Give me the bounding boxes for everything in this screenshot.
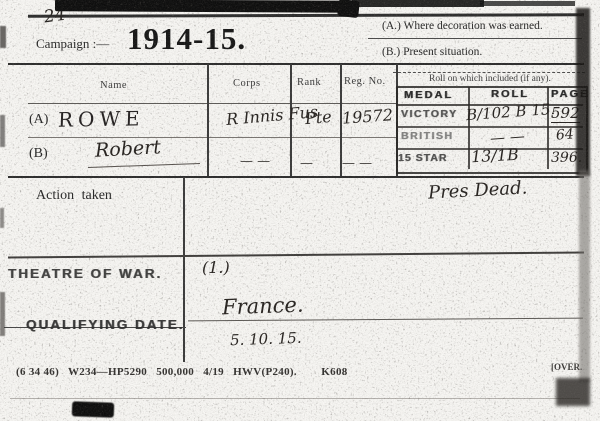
column-header-name: Name	[100, 80, 127, 91]
forename-handwriting: Robert	[94, 136, 161, 161]
rank-b-ditto: —	[300, 156, 313, 171]
theatre-number-handwriting: (1.)	[202, 258, 230, 277]
action-taken-label: Action taken	[36, 188, 112, 204]
roll-column-header: ROLL	[491, 88, 529, 100]
left-section-divider	[183, 177, 185, 362]
form-code: (6 34 46) W234—HP5290 500,000 4/19 HWV(P…	[16, 366, 348, 378]
surname-handwriting: ROWE	[58, 106, 146, 132]
reg-no-handwriting: 19572	[341, 105, 393, 128]
forename-flourish-line	[88, 163, 200, 168]
scan-bottom-right-corner-artifact	[556, 378, 590, 406]
note-a: (A.) Where decoration was earned.	[382, 20, 543, 32]
column-header-rank: Rank	[297, 77, 321, 88]
medal-index-card-scan: Campaign :— 1914-15. (A.) Where decorati…	[0, 0, 600, 421]
scan-right-edge-artifact-lower	[579, 170, 590, 382]
scan-top-bar-artifact-2	[352, 0, 484, 7]
separator-theatre	[8, 251, 584, 258]
separator-under-campaign	[8, 63, 584, 65]
star-roll-handwriting: 13/1B	[471, 145, 520, 166]
scan-left-edge-mark-4	[0, 292, 5, 336]
british-roll-ditto: — —	[489, 127, 525, 147]
over-note: [OVER.	[551, 362, 582, 372]
scan-left-edge-mark-2	[0, 115, 5, 147]
campaign-label: Campaign :—	[36, 36, 109, 52]
page-column-header: PAGE	[551, 88, 589, 100]
medal-row-victory: VICTORY	[401, 108, 458, 120]
scan-left-edge-mark-3	[0, 208, 4, 228]
medal-row-star: 15 STAR	[398, 152, 447, 164]
roll-header-top-dashes	[393, 72, 585, 73]
scan-left-edge-mark-1	[0, 26, 6, 48]
campaign-value: 1914-15.	[127, 21, 246, 57]
card-bottom-edge	[10, 398, 580, 399]
medal-row-british: BRITISH	[401, 130, 454, 142]
qualifying-date-stamp: QUALIFYING DATE.	[26, 317, 185, 331]
separator-under-entry	[8, 176, 584, 178]
british-page-handwriting: 64	[555, 126, 574, 143]
rank-handwriting: Pte	[304, 107, 332, 128]
reg-no-b-ditto: — —	[342, 156, 372, 171]
victory-page-handwriting: 592	[551, 104, 580, 123]
star-page-handwriting: 396.	[551, 150, 582, 166]
row-a-label: (A)	[29, 112, 48, 128]
medal-table-col-divider-1	[468, 87, 470, 169]
corps-b-ditto: — —	[240, 154, 270, 169]
scan-top-bar-artifact-3	[480, 1, 575, 6]
qualifying-value-handwriting: 5. 10. 15.	[230, 329, 302, 349]
note-a-underline	[368, 38, 582, 39]
scan-top-bar-artifact	[55, 0, 357, 13]
theatre-value-handwriting: France.	[222, 293, 304, 320]
theatre-of-war-stamp: THEATRE OF WAR.	[8, 266, 162, 280]
column-divider-name-corps	[207, 64, 209, 176]
card-top-border	[28, 13, 584, 17]
row-b-label: (B)	[29, 146, 48, 162]
medal-column-header: MEDAL	[404, 89, 453, 101]
scan-bottom-left-blob-artifact	[72, 401, 114, 417]
column-header-corps: Corps	[233, 78, 261, 89]
handwritten-card-number: 24	[43, 5, 67, 28]
column-header-reg-no: Reg. No.	[344, 76, 386, 87]
action-taken-handwriting: Pres Dead.	[428, 177, 528, 203]
roll-header: Roll on which included (if any).	[396, 74, 584, 84]
note-b: (B.) Present situation.	[382, 46, 482, 58]
